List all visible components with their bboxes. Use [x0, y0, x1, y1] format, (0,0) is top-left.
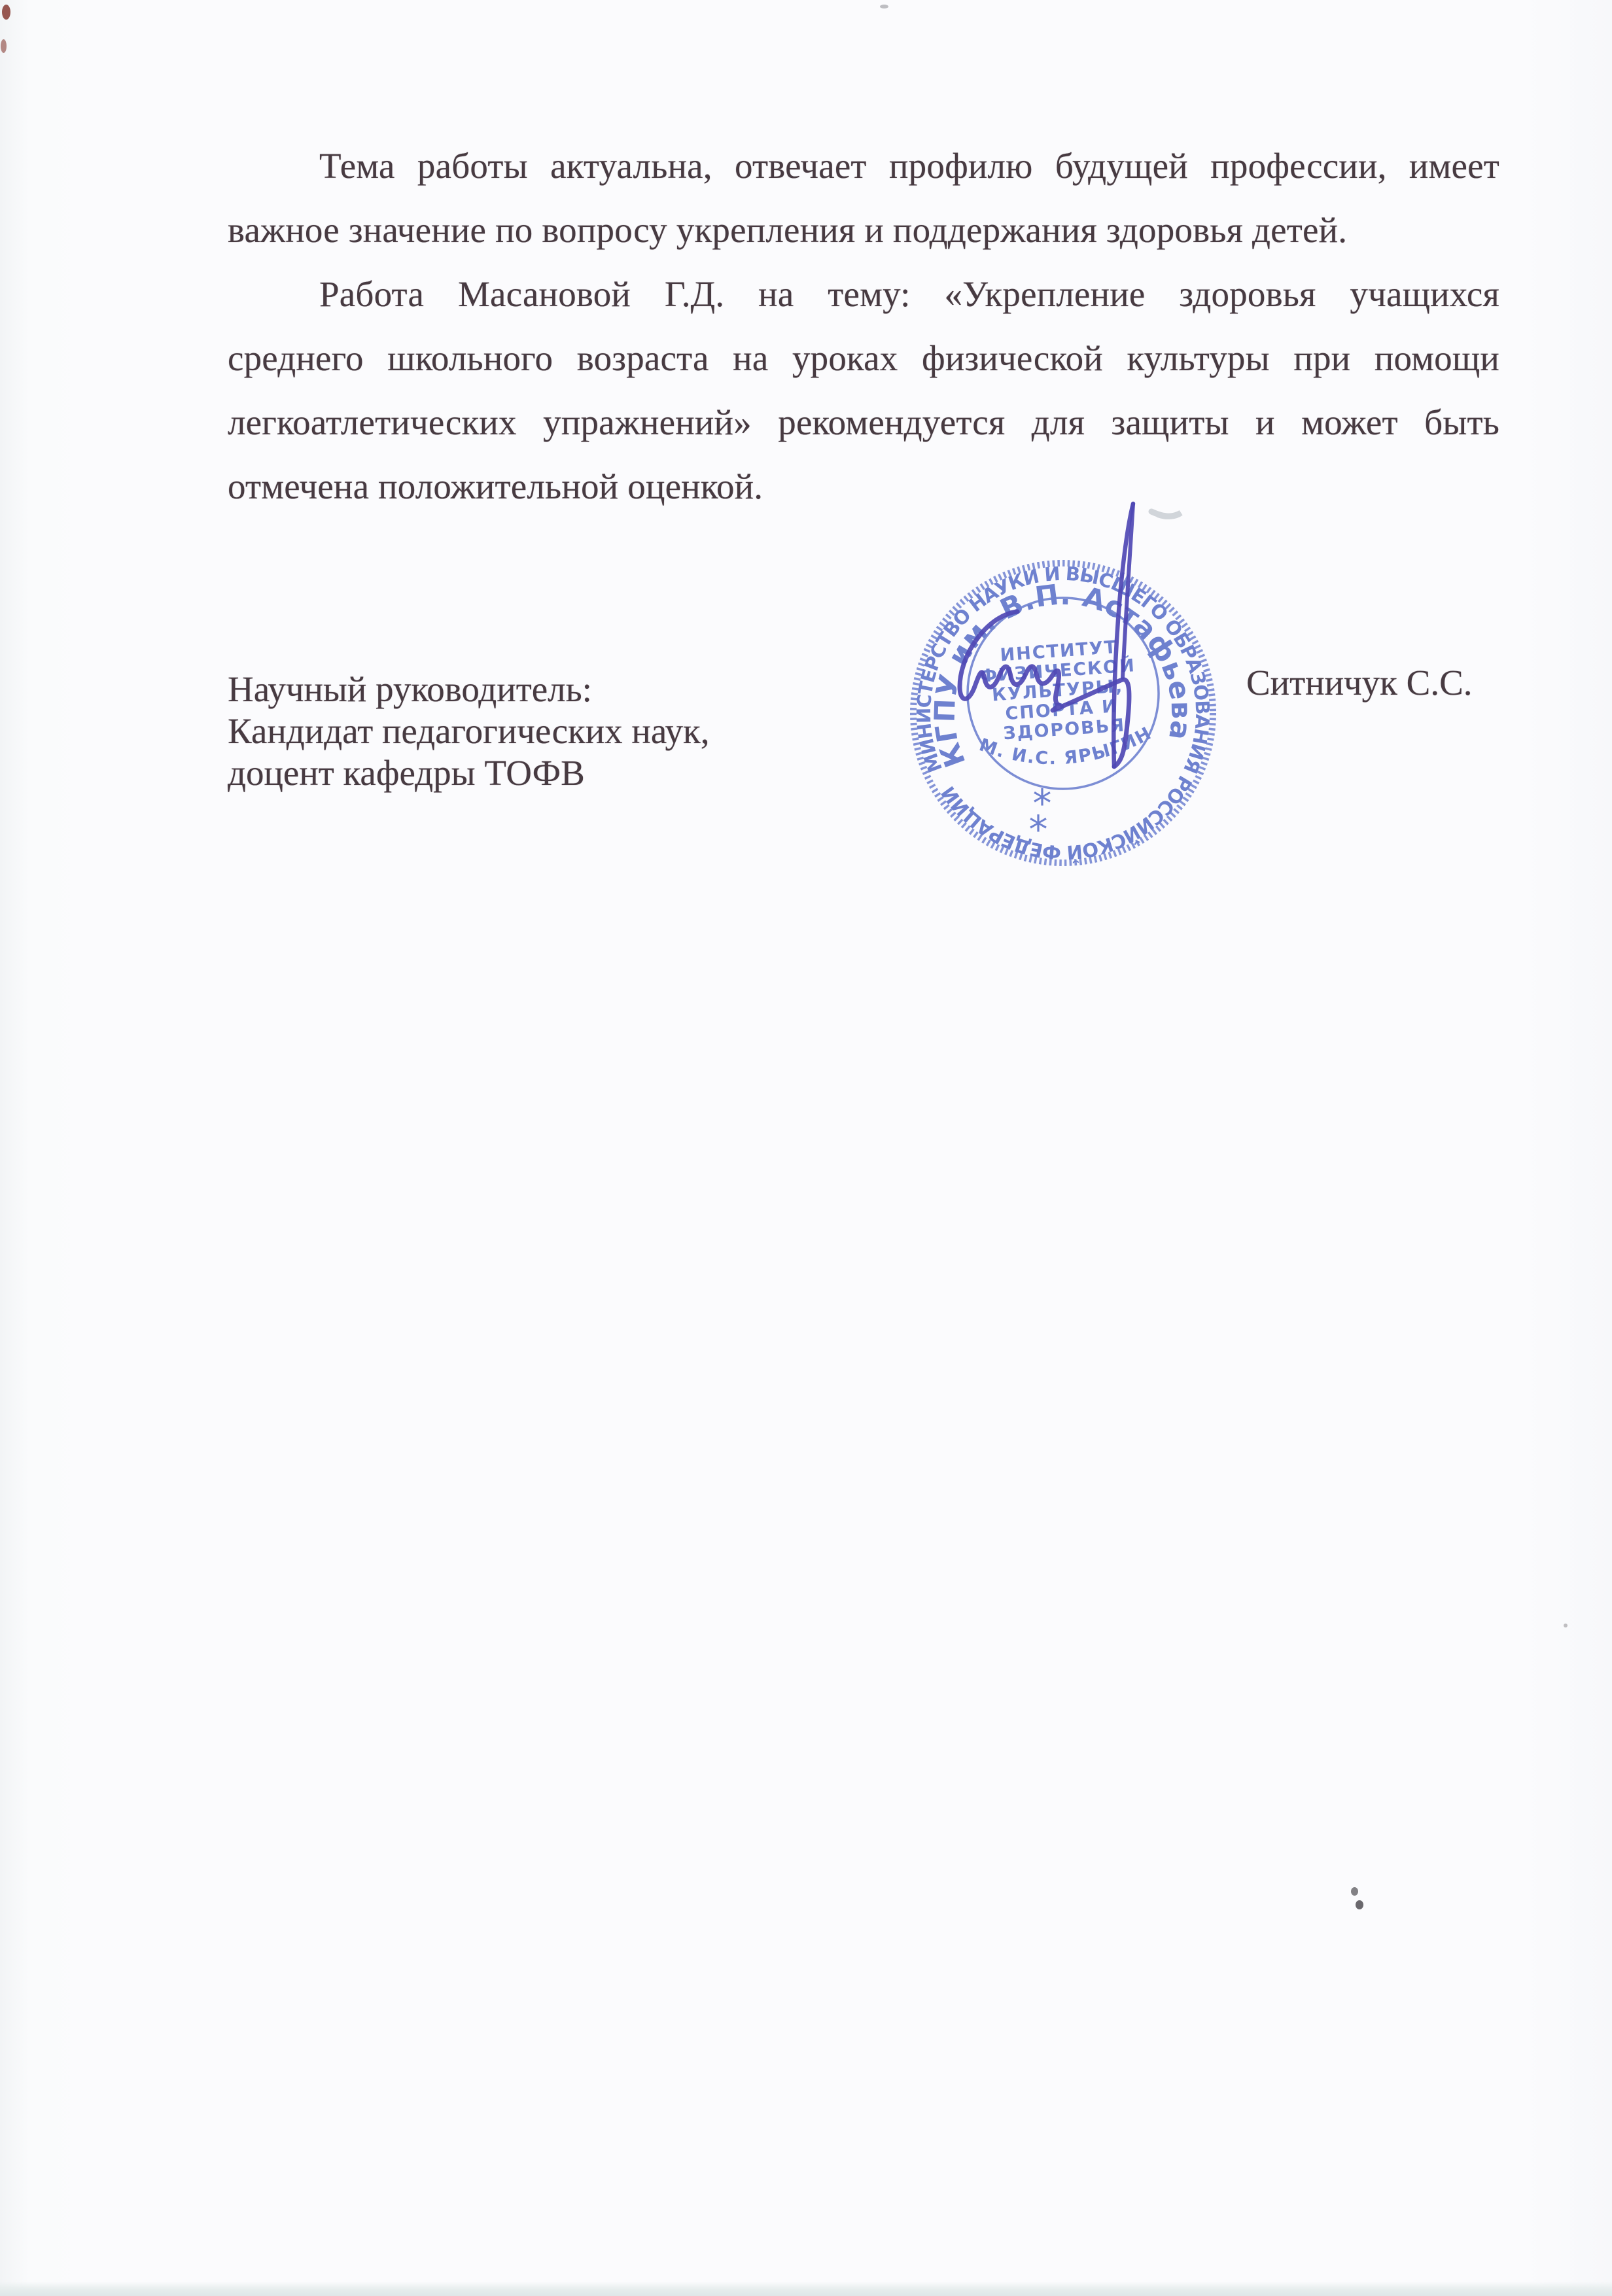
scan-edge-shadow: [0, 2282, 1612, 2296]
scan-speck: [1564, 1624, 1568, 1627]
body-line: легкоатлетических упражнений» рекомендуе…: [228, 391, 1499, 455]
body-line: среднего школьного возраста на уроках фи…: [228, 326, 1499, 391]
stamp-star-icon: *: [1029, 807, 1048, 852]
supervisor-block: Научный руководитель: Кандидат педагогич…: [228, 669, 709, 794]
university-stamp: МИНИСТЕРСТВО НАУКИ И ВЫСШЕГО ОБРАЗОВАНИЯ…: [903, 487, 1223, 945]
reviewer-name: Ситничук С.С.: [1246, 662, 1473, 704]
body-line: важное значение по вопросу укрепления и …: [228, 198, 1499, 262]
scan-speck: [1351, 1887, 1358, 1896]
supervisor-position: доцент кафедры ТОФВ: [228, 752, 709, 794]
scan-speck: [1, 39, 7, 53]
supervisor-role: Научный руководитель:: [228, 669, 709, 710]
body-line: Тема работы актуальна, отвечает профилю …: [228, 134, 1499, 198]
scan-speck: [2, 5, 10, 20]
supervisor-degree: Кандидат педагогических наук,: [228, 710, 709, 752]
review-text-block: Тема работы актуальна, отвечает профилю …: [228, 134, 1499, 519]
body-line: отмечена положительной оценкой.: [228, 455, 1499, 519]
scanned-document-page: Тема работы актуальна, отвечает профилю …: [0, 0, 1612, 2296]
body-line: Работа Масановой Г.Д. на тему: «Укреплен…: [228, 262, 1499, 326]
scan-speck: [880, 5, 888, 9]
scan-speck: [1356, 1900, 1363, 1909]
pencil-tick-mark: [1151, 512, 1181, 516]
